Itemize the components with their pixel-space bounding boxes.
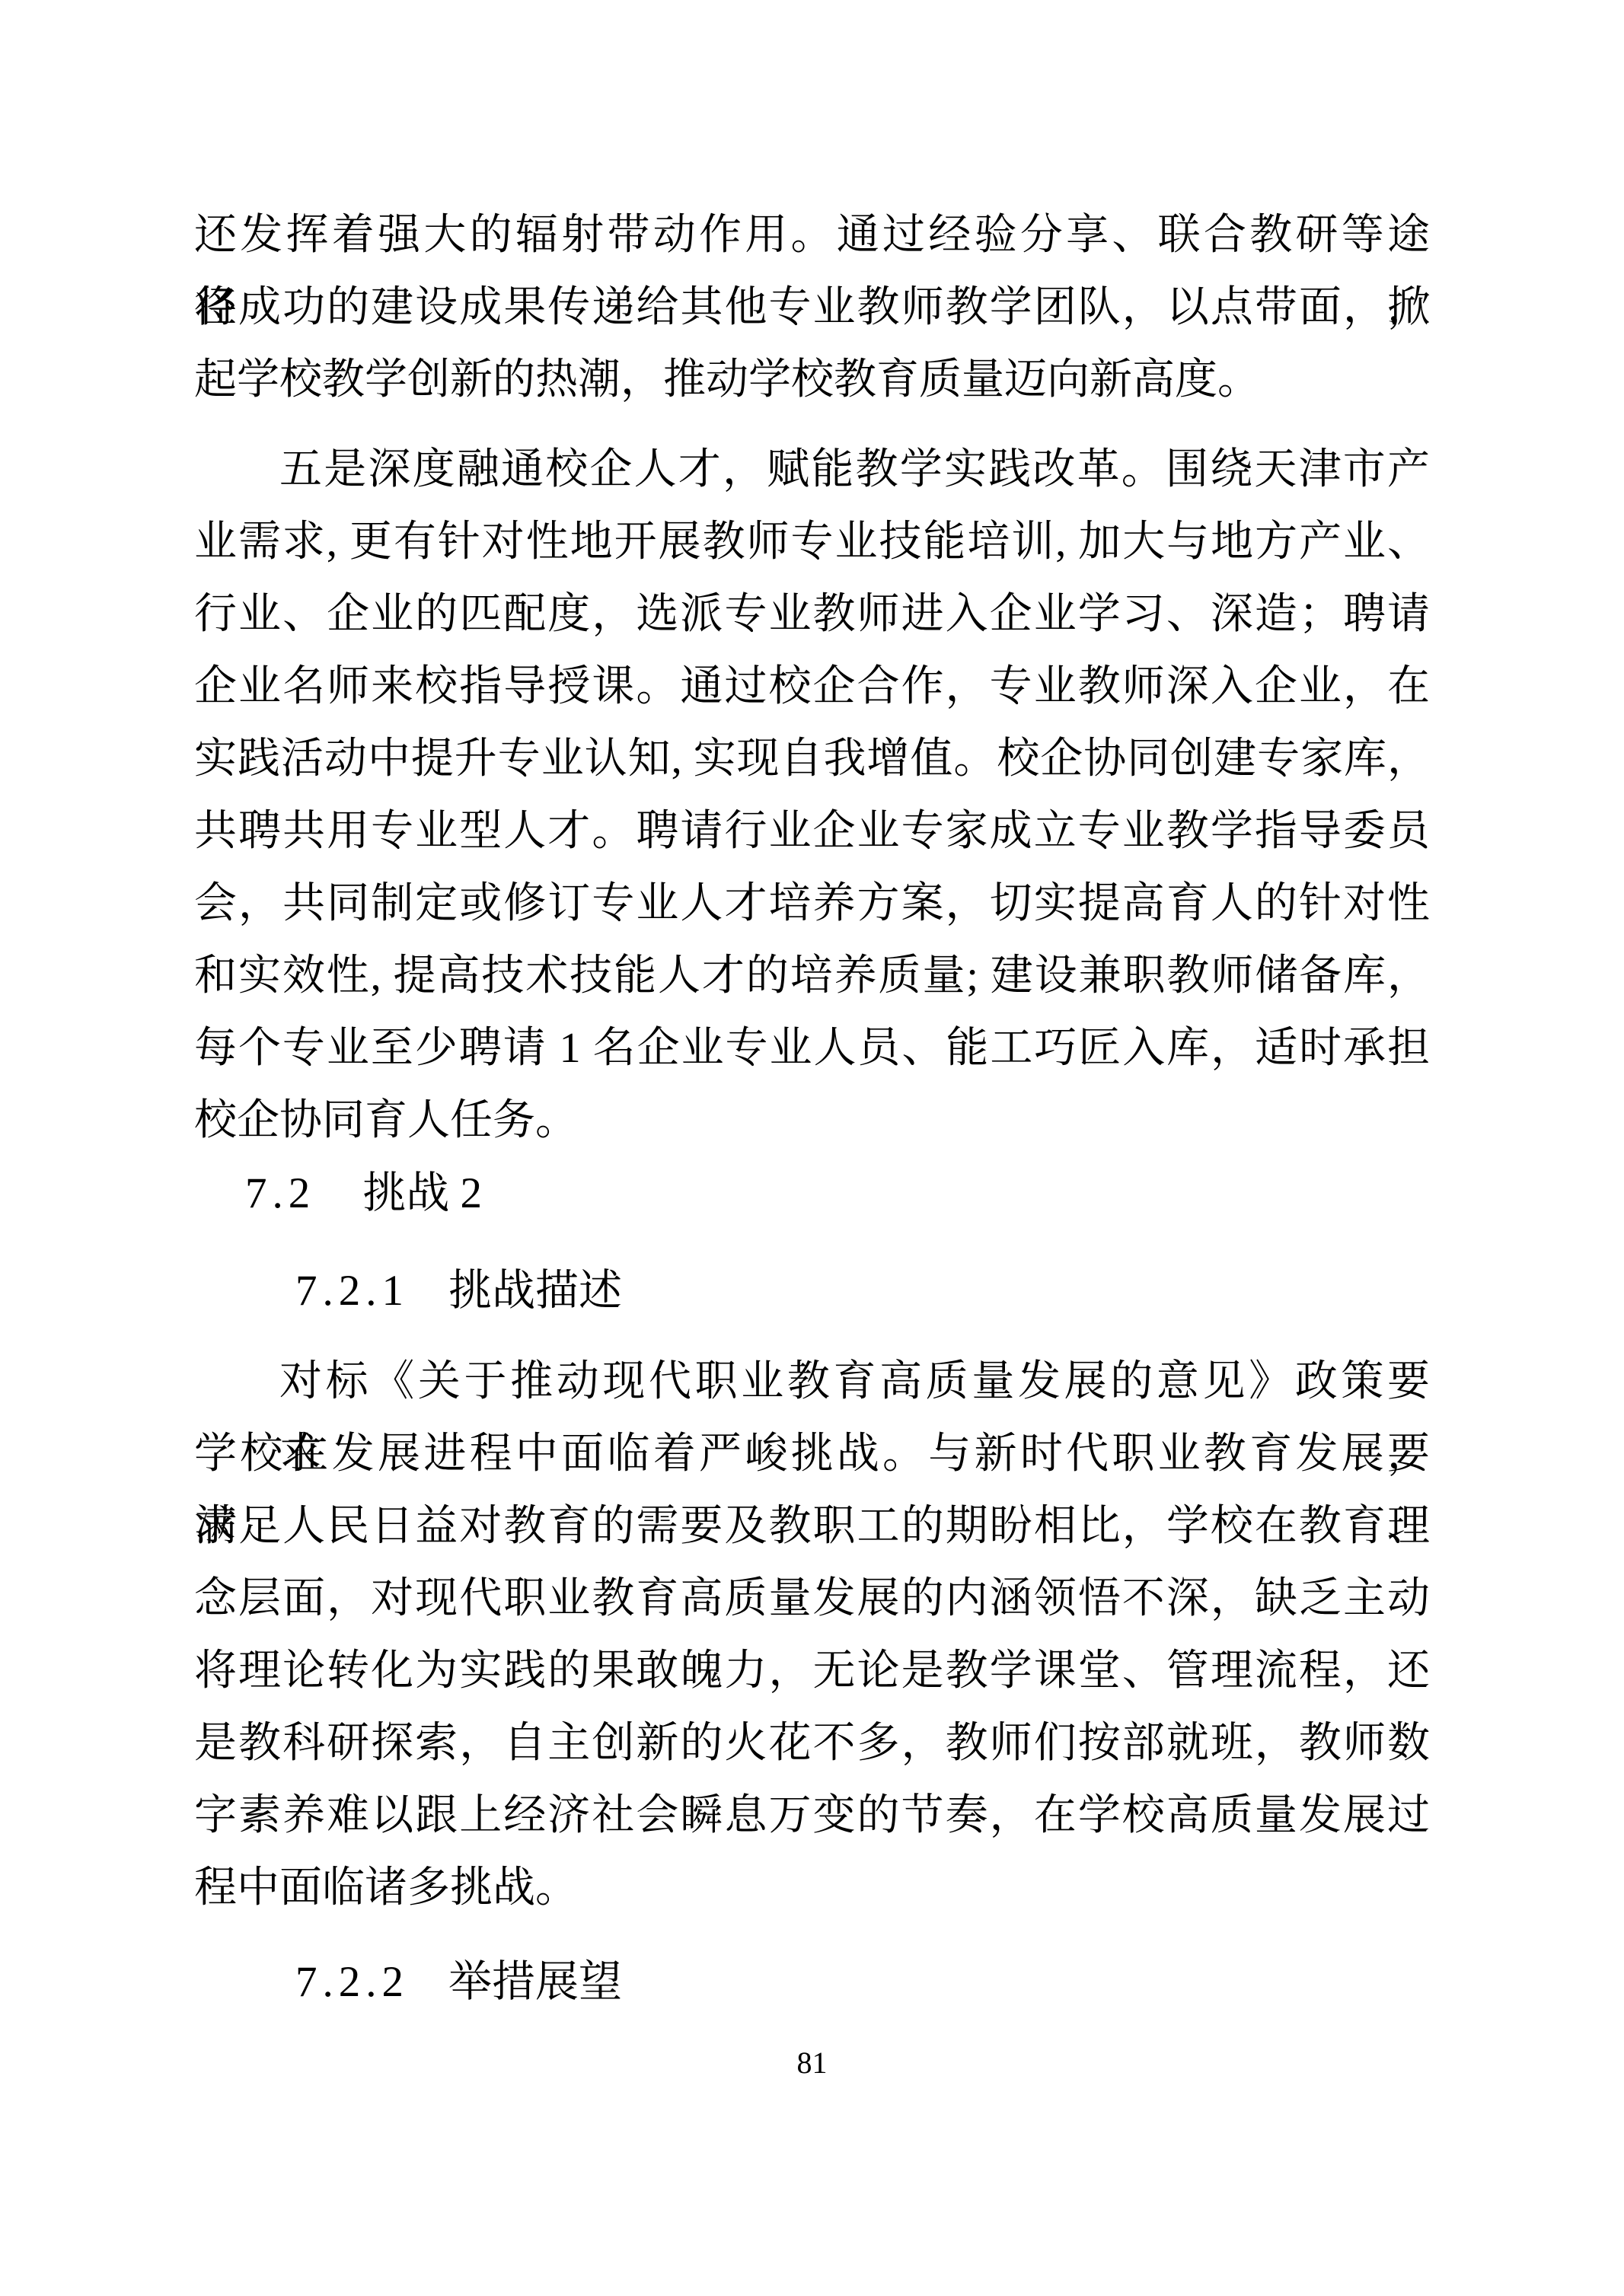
subsection-number: 7.2.2 [295, 1958, 409, 2006]
page-body: 还发挥着强大的辐射带动作用。通过经验分享、联合教研等途径， 将成功的建设成果传递… [194, 199, 1430, 2018]
text-line: 对标《关于推动现代职业教育高质量发展的意见》政策要求， [194, 1346, 1430, 1418]
text-line: 念层面，对现代职业教育高质量发展的内涵领悟不深，缺乏主动 [194, 1563, 1430, 1635]
text-line: 还发挥着强大的辐射带动作用。通过经验分享、联合教研等途径， [194, 199, 1430, 272]
text-line: 会，共同制定或修订专业人才培养方案，切实提高育人的针对性 [194, 868, 1430, 940]
text-line: 每个专业至少聘请 1 名企业专业人员、能工巧匠入库，适时承担 [194, 1012, 1430, 1085]
subsection-title: 举措展望 [448, 1958, 622, 2006]
text-line: 业需求, 更有针对性地开展教师专业技能培训, 加大与地方产业、 [194, 506, 1430, 579]
text-line: 字素养难以跟上经济社会瞬息万变的节奏，在学校高质量发展过 [194, 1780, 1430, 1852]
subsection-heading-7-2-2: 7.2.2举措展望 [295, 1946, 1430, 2018]
section-number: 7.2 [245, 1169, 315, 1217]
text-line: 五是深度融通校企人才，赋能教学实践改革。围绕天津市产 [194, 434, 1430, 506]
text-line: 将理论转化为实践的果敢魄力，无论是教学课堂、管理流程，还 [194, 1635, 1430, 1708]
text-line: 企业名师来校指导授课。通过校企合作，专业教师深入企业，在 [194, 651, 1430, 723]
subsection-number: 7.2.1 [295, 1267, 409, 1315]
paragraph-3: 对标《关于推动现代职业教育高质量发展的意见》政策要求， 学校在发展进程中面临着严… [194, 1346, 1430, 1924]
section-heading-7-2: 7.2挑战 2 [245, 1157, 1430, 1229]
text-line: 满足人民日益对教育的需要及教职工的期盼相比，学校在教育理 [194, 1491, 1430, 1563]
subsection-title: 挑战描述 [448, 1267, 622, 1315]
paragraph-2: 五是深度融通校企人才，赋能教学实践改革。围绕天津市产 业需求, 更有针对性地开展… [194, 434, 1430, 1157]
page-number: 81 [0, 2046, 1624, 2080]
text-line: 和实效性, 提高技术技能人才的培养质量; 建设兼职教师储备库， [194, 940, 1430, 1012]
paragraph-1: 还发挥着强大的辐射带动作用。通过经验分享、联合教研等途径， 将成功的建设成果传递… [194, 199, 1430, 416]
text-line: 共聘共用专业型人才。聘请行业企业专家成立专业教学指导委员 [194, 796, 1430, 868]
text-line: 程中面临诸多挑战。 [194, 1852, 1430, 1924]
text-line: 是教科研探索，自主创新的火花不多，教师们按部就班，教师数 [194, 1708, 1430, 1780]
text-line: 学校在发展进程中面临着严峻挑战。与新时代职业教育发展要求、 [194, 1418, 1430, 1491]
text-line: 实践活动中提升专业认知, 实现自我增值。校企协同创建专家库， [194, 723, 1430, 796]
text-line: 起学校教学创新的热潮，推动学校教育质量迈向新高度。 [194, 344, 1430, 416]
text-line: 将成功的建设成果传递给其他专业教师教学团队，以点带面，掀 [194, 272, 1430, 344]
text-line: 行业、企业的匹配度，选派专业教师进入企业学习、深造；聘请 [194, 579, 1430, 651]
document-page: 还发挥着强大的辐射带动作用。通过经验分享、联合教研等途径， 将成功的建设成果传递… [0, 0, 1624, 2296]
text-line: 校企协同育人任务。 [194, 1085, 1430, 1157]
subsection-heading-7-2-1: 7.2.1挑战描述 [295, 1255, 1430, 1327]
section-title: 挑战 2 [362, 1169, 482, 1217]
